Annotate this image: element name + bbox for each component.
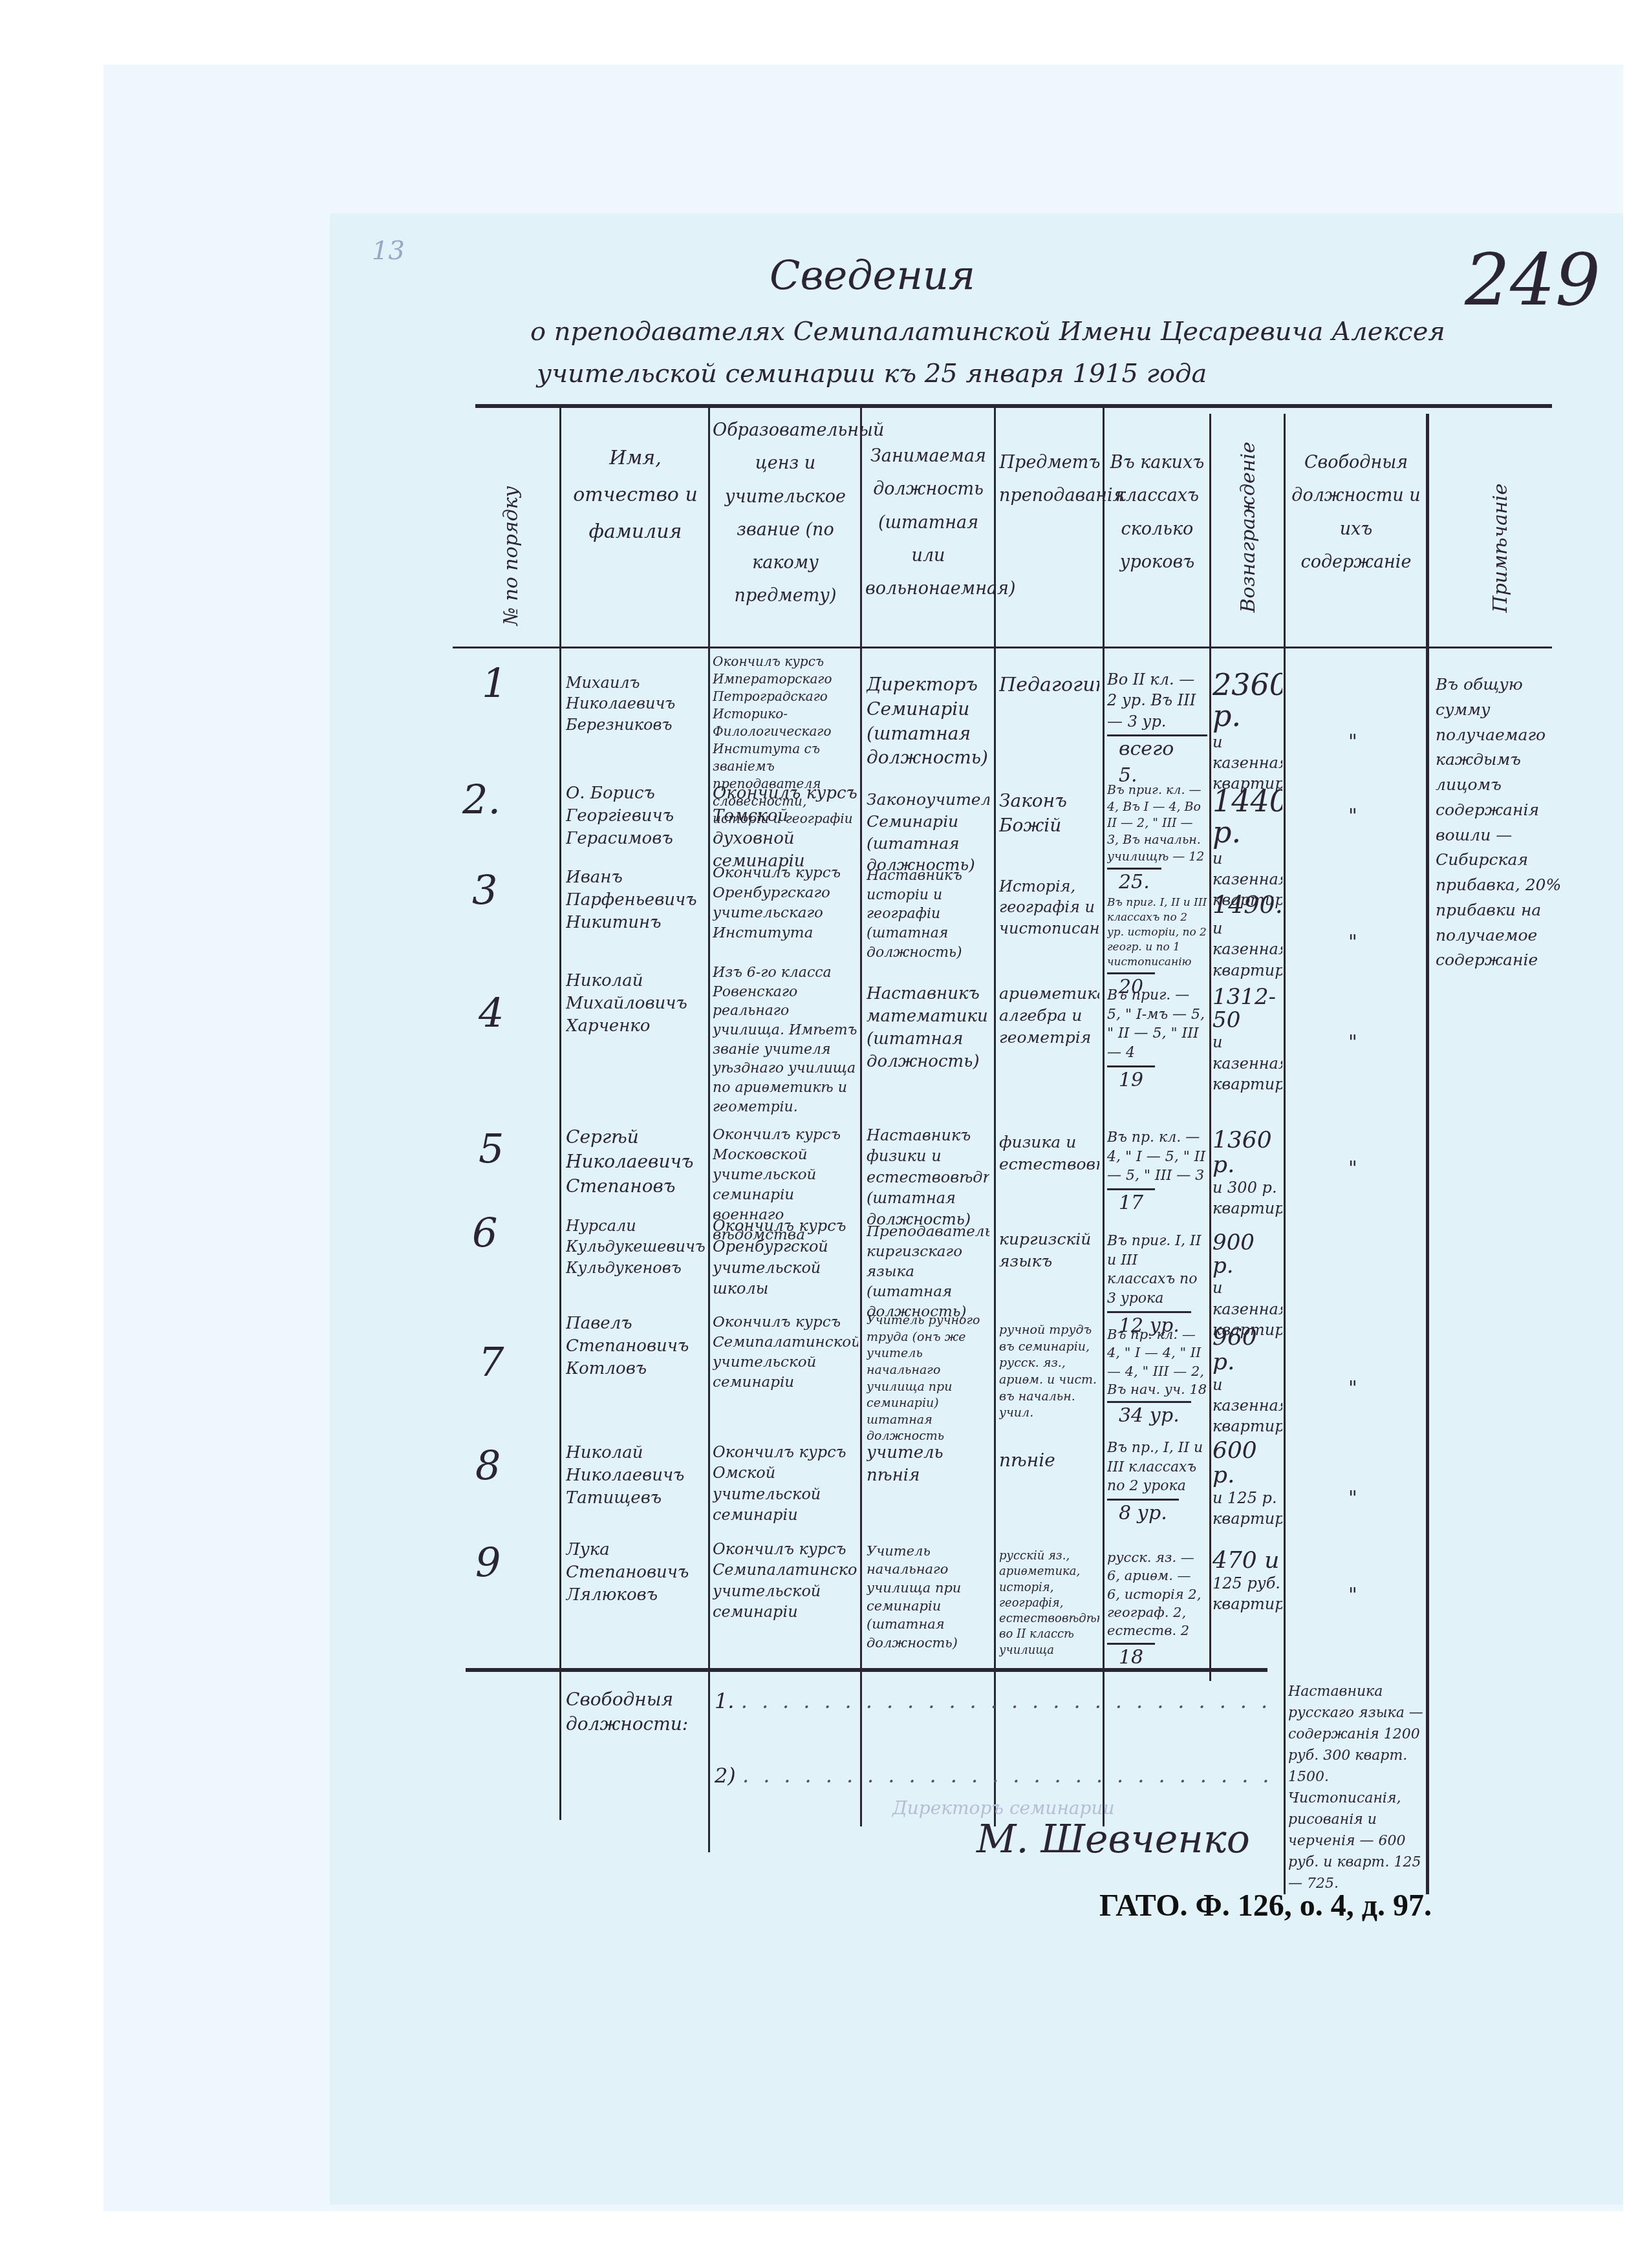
row-number: 9 bbox=[475, 1539, 501, 1586]
classes-total: 19 bbox=[1107, 1065, 1155, 1094]
vacancy-item-1: 1. .............................. bbox=[715, 1687, 1277, 1715]
vacant-ditto: " bbox=[1348, 931, 1357, 954]
classes-detail: русск. яз. — 6, ариѳм. — 6, исторія 2, г… bbox=[1107, 1550, 1201, 1638]
teacher-position: Учитель ручного труда (онъ же учитель на… bbox=[867, 1312, 989, 1445]
document-subtitle-line2: учительской семинарии къ 25 января 1915 … bbox=[537, 359, 1207, 389]
classes-detail: Въ приг. кл. — 4, Въ I — 4, Во II — 2, "… bbox=[1107, 783, 1204, 864]
row-number: 7 bbox=[479, 1338, 504, 1385]
teacher-name: Нурсали Кульдукешевичъ Кульдукеновъ bbox=[566, 1215, 705, 1278]
teacher-subject: ручной трудъ въ семинаріи, русск. яз., а… bbox=[999, 1322, 1099, 1422]
classes-detail: Въ пр. кл. — 4, " I — 5, " II — 5, " III… bbox=[1107, 1129, 1205, 1184]
salary-amount: 1312-50 bbox=[1212, 986, 1282, 1032]
teacher-name: Михаилъ Николаевичъ Березниковъ bbox=[566, 672, 705, 735]
classes-detail: Въ приг. — 5, " I-мъ — 5, " II — 5, " II… bbox=[1107, 987, 1205, 1061]
salary-amount: 1490. bbox=[1212, 892, 1282, 918]
vacant-ditto: " bbox=[1348, 1377, 1357, 1400]
teacher-classes: Во II кл. — 2 ур. Въ III — 3 ур. всего 5… bbox=[1107, 669, 1207, 789]
notes-text: Въ общую сумму получаемаго каждымъ лицом… bbox=[1436, 672, 1565, 973]
classes-total: 8 ур. bbox=[1107, 1499, 1179, 1527]
teacher-salary: 900 р. и казенная квартира bbox=[1212, 1232, 1282, 1341]
teacher-classes: Въ приг. I, II и III классахъ по 3 урока… bbox=[1107, 1232, 1207, 1339]
salary-note: 125 руб. квартир. bbox=[1212, 1574, 1282, 1613]
salary-amount: 1440 р. bbox=[1212, 786, 1282, 848]
vacant-ditto: " bbox=[1348, 731, 1357, 753]
salary-amount: 1360 р. bbox=[1212, 1128, 1282, 1177]
document-subtitle-line1: о преподавателях Семипалатинской Имени Ц… bbox=[530, 317, 1445, 347]
classes-total: 34 ур. bbox=[1107, 1401, 1191, 1429]
teacher-subject: физика и естествовѣдѣніе bbox=[999, 1131, 1099, 1175]
teacher-education: Изъ 6-го класса Ровенскаго реальнаго учи… bbox=[713, 963, 858, 1117]
signature: М. Шевченко bbox=[976, 1817, 1250, 1862]
teacher-education: Окончилъ курсъ Оренбургскаго учительскаг… bbox=[713, 863, 858, 943]
classes-total: всего 5. bbox=[1107, 734, 1207, 789]
salary-note: и 300 р. квартирныхъ bbox=[1212, 1179, 1282, 1217]
teacher-subject: Законъ Божій bbox=[999, 789, 1099, 838]
teacher-subject: ариѳметика, алгебра и геометрія bbox=[999, 983, 1099, 1048]
column-divider bbox=[1103, 404, 1105, 1826]
teacher-subject: киргизскій языкъ bbox=[999, 1228, 1099, 1272]
column-divider bbox=[1284, 414, 1286, 1894]
teacher-education: Окончилъ курсъ Омской учительской семина… bbox=[713, 1442, 858, 1526]
column-divider bbox=[1426, 414, 1429, 1894]
salary-amount: 2360 р. bbox=[1212, 669, 1282, 732]
teacher-position: Директоръ Семинаріи (штатная должность) bbox=[867, 672, 989, 770]
teacher-name: О. Борисъ Георгіевичъ Герасимовъ bbox=[566, 782, 705, 850]
header-num: № по порядку bbox=[500, 432, 523, 626]
teacher-salary: 600 р. и 125 р. квартирныхъ bbox=[1212, 1439, 1282, 1529]
salary-amount: 900 р. bbox=[1212, 1232, 1282, 1278]
row-number: 6 bbox=[472, 1209, 497, 1256]
teacher-salary: 1490. и казенная квартира bbox=[1212, 892, 1282, 981]
teacher-position: Наставникъ математики (штатная должность… bbox=[867, 983, 989, 1073]
dotted-leader: .............................. bbox=[741, 1689, 1277, 1713]
header-position: Занимаемая должность (штатная или вольно… bbox=[865, 440, 991, 605]
teacher-position: Учитель начальнаго училища при семинаріи… bbox=[867, 1542, 989, 1652]
teacher-classes: Въ приг. I, II и III классахъ по 2 ур. и… bbox=[1107, 895, 1207, 1000]
teacher-name: Сергѣй Николаевичъ Степановъ bbox=[566, 1125, 705, 1198]
teacher-subject: русскій яз., ариѳметика, исторія, геогра… bbox=[999, 1548, 1099, 1658]
teacher-name: Иванъ Парфеньевичъ Никитинъ bbox=[566, 866, 705, 934]
column-divider bbox=[1209, 414, 1211, 1681]
classes-detail: Въ пр., I, II и III классахъ по 2 урока bbox=[1107, 1440, 1203, 1494]
teacher-position: Наставникъ физики и естествовѣдѣнія (шта… bbox=[867, 1125, 989, 1230]
salary-note: и казенная квартира bbox=[1212, 1376, 1282, 1436]
teacher-position: Законоучитель Семинаріи (штатная должнос… bbox=[867, 789, 989, 876]
row-number: 3 bbox=[472, 866, 497, 914]
classes-detail: Въ пр. кл. — 4, " I — 4, " II — 4, " III… bbox=[1107, 1327, 1207, 1397]
faded-stamp: Директоръ семинарии bbox=[892, 1797, 1115, 1819]
vacancy-item-1-label: 1. bbox=[715, 1689, 735, 1713]
teacher-salary: 1312-50 и казенная квартира bbox=[1212, 986, 1282, 1095]
column-divider bbox=[994, 404, 996, 1826]
header-classes: Въ какихъ классахъ сколько уроковъ bbox=[1107, 446, 1207, 579]
document-title: Сведения bbox=[770, 252, 975, 298]
header-notes: Примѣчаніе bbox=[1489, 432, 1512, 613]
salary-note: и казенная квартира bbox=[1212, 733, 1282, 793]
teacher-subject: пѣніе bbox=[999, 1448, 1099, 1473]
teacher-name: Николай Николаевичъ Татищевъ bbox=[566, 1442, 705, 1510]
vacant-ditto: " bbox=[1348, 1157, 1357, 1180]
teacher-classes: Въ приг. кл. — 4, Въ I — 4, Во II — 2, "… bbox=[1107, 782, 1207, 896]
teacher-position: Наставникъ исторіи и географіи (штатная … bbox=[867, 866, 989, 962]
row-number: 4 bbox=[479, 989, 504, 1036]
teacher-education: Окончилъ курсъ Семипалатинской учительск… bbox=[713, 1312, 858, 1393]
teacher-name: Павелъ Степановичъ Котловъ bbox=[566, 1312, 705, 1380]
classes-detail: Въ приг. I, II и III классахъ по 3 урока bbox=[1107, 1233, 1201, 1307]
salary-note: и 125 р. квартирныхъ bbox=[1212, 1489, 1282, 1528]
teacher-subject: Педагогика. bbox=[999, 672, 1099, 699]
vacancy-item-2: 2) .............................. bbox=[715, 1762, 1277, 1790]
classes-detail: Во II кл. — 2 ур. Въ III — 3 ур. bbox=[1107, 670, 1196, 731]
classes-detail: Въ приг. I, II и III классахъ по 2 ур. и… bbox=[1107, 896, 1207, 968]
teacher-classes: Въ приг. — 5, " I-мъ — 5, " II — 5, " II… bbox=[1107, 986, 1207, 1093]
archive-mark: 13 bbox=[372, 236, 405, 266]
page-number: 249 bbox=[1465, 239, 1600, 321]
header-vacant: Свободныя должности и ихъ содержаніе bbox=[1288, 446, 1424, 579]
column-divider bbox=[708, 404, 710, 1852]
vacancies-note: Наставника русскаго языка — содержанія 1… bbox=[1288, 1681, 1424, 1894]
vacant-ditto: " bbox=[1348, 1031, 1357, 1054]
teacher-salary: 1360 р. и 300 р. квартирныхъ bbox=[1212, 1128, 1282, 1219]
teacher-classes: Въ пр., I, II и III классахъ по 2 урока … bbox=[1107, 1439, 1207, 1527]
teacher-salary: 2360 р. и казенная квартира bbox=[1212, 669, 1282, 795]
teacher-name: Лука Степановичъ Лялюковъ bbox=[566, 1539, 705, 1607]
salary-note: и казенная квартира bbox=[1212, 919, 1282, 979]
classes-total: 25. bbox=[1107, 868, 1161, 896]
salary-note: и казенная квартира bbox=[1212, 1033, 1282, 1093]
header-salary: Вознагражденіе bbox=[1237, 445, 1260, 613]
teacher-education: Окончилъ курсъ Оренбургской учительской … bbox=[713, 1215, 858, 1300]
vacant-ditto: " bbox=[1348, 1584, 1357, 1607]
row-number: 8 bbox=[475, 1442, 501, 1489]
teacher-salary: 960 р. и казенная квартира bbox=[1212, 1325, 1282, 1437]
vacancies-label: Свободныя должности: bbox=[566, 1687, 705, 1737]
header-subject: Предметъ преподаванія bbox=[999, 446, 1101, 513]
teacher-name: Николай Михайловичъ Харченко bbox=[566, 970, 705, 1038]
salary-amount: 960 р. bbox=[1212, 1325, 1282, 1375]
row-number: 5 bbox=[479, 1125, 504, 1172]
header-bottom-border bbox=[453, 647, 1552, 648]
teacher-salary: 470 и 125 руб. квартир. bbox=[1212, 1548, 1282, 1615]
vacant-ditto: " bbox=[1348, 805, 1357, 828]
row-number: 2. bbox=[462, 776, 501, 823]
teacher-education: Окончилъ курсъ Томской духовной семинарі… bbox=[713, 782, 858, 873]
teacher-education: Окончилъ курсъ Семипалатинской учительск… bbox=[713, 1539, 858, 1623]
dotted-leader: .............................. bbox=[742, 1763, 1277, 1788]
vacancy-item-2-label: 2) bbox=[715, 1763, 736, 1788]
column-divider bbox=[559, 404, 561, 1820]
salary-amount: 600 р. bbox=[1212, 1439, 1282, 1488]
teacher-position: учитель пѣнія bbox=[867, 1442, 989, 1487]
header-name: Имя, отчество и фамилия bbox=[566, 440, 705, 550]
classes-total: 17 bbox=[1107, 1188, 1155, 1217]
vacant-ditto: " bbox=[1348, 1487, 1357, 1510]
table-top-border bbox=[475, 404, 1552, 408]
column-divider bbox=[860, 404, 862, 1826]
row-number: 1 bbox=[482, 659, 507, 707]
archive-citation: ГАТО. Ф. 126, о. 4, д. 97. bbox=[1099, 1888, 1432, 1923]
teacher-subject: Исторія, географія и чистописаніе bbox=[999, 876, 1099, 939]
header-education: Образовательный ценз и учительское звани… bbox=[713, 414, 858, 613]
teacher-classes: Въ пр. кл. — 4, " I — 5, " II — 5, " III… bbox=[1107, 1128, 1207, 1217]
salary-amount: 470 и bbox=[1212, 1548, 1282, 1573]
classes-total: 18 bbox=[1107, 1643, 1155, 1671]
teacher-position: Преподаватель киргизскаго языка (штатная… bbox=[867, 1222, 989, 1322]
teacher-classes: русск. яз. — 6, ариѳм. — 6, исторія 2, г… bbox=[1107, 1548, 1207, 1671]
teacher-classes: Въ пр. кл. — 4, " I — 4, " II — 4, " III… bbox=[1107, 1325, 1207, 1429]
